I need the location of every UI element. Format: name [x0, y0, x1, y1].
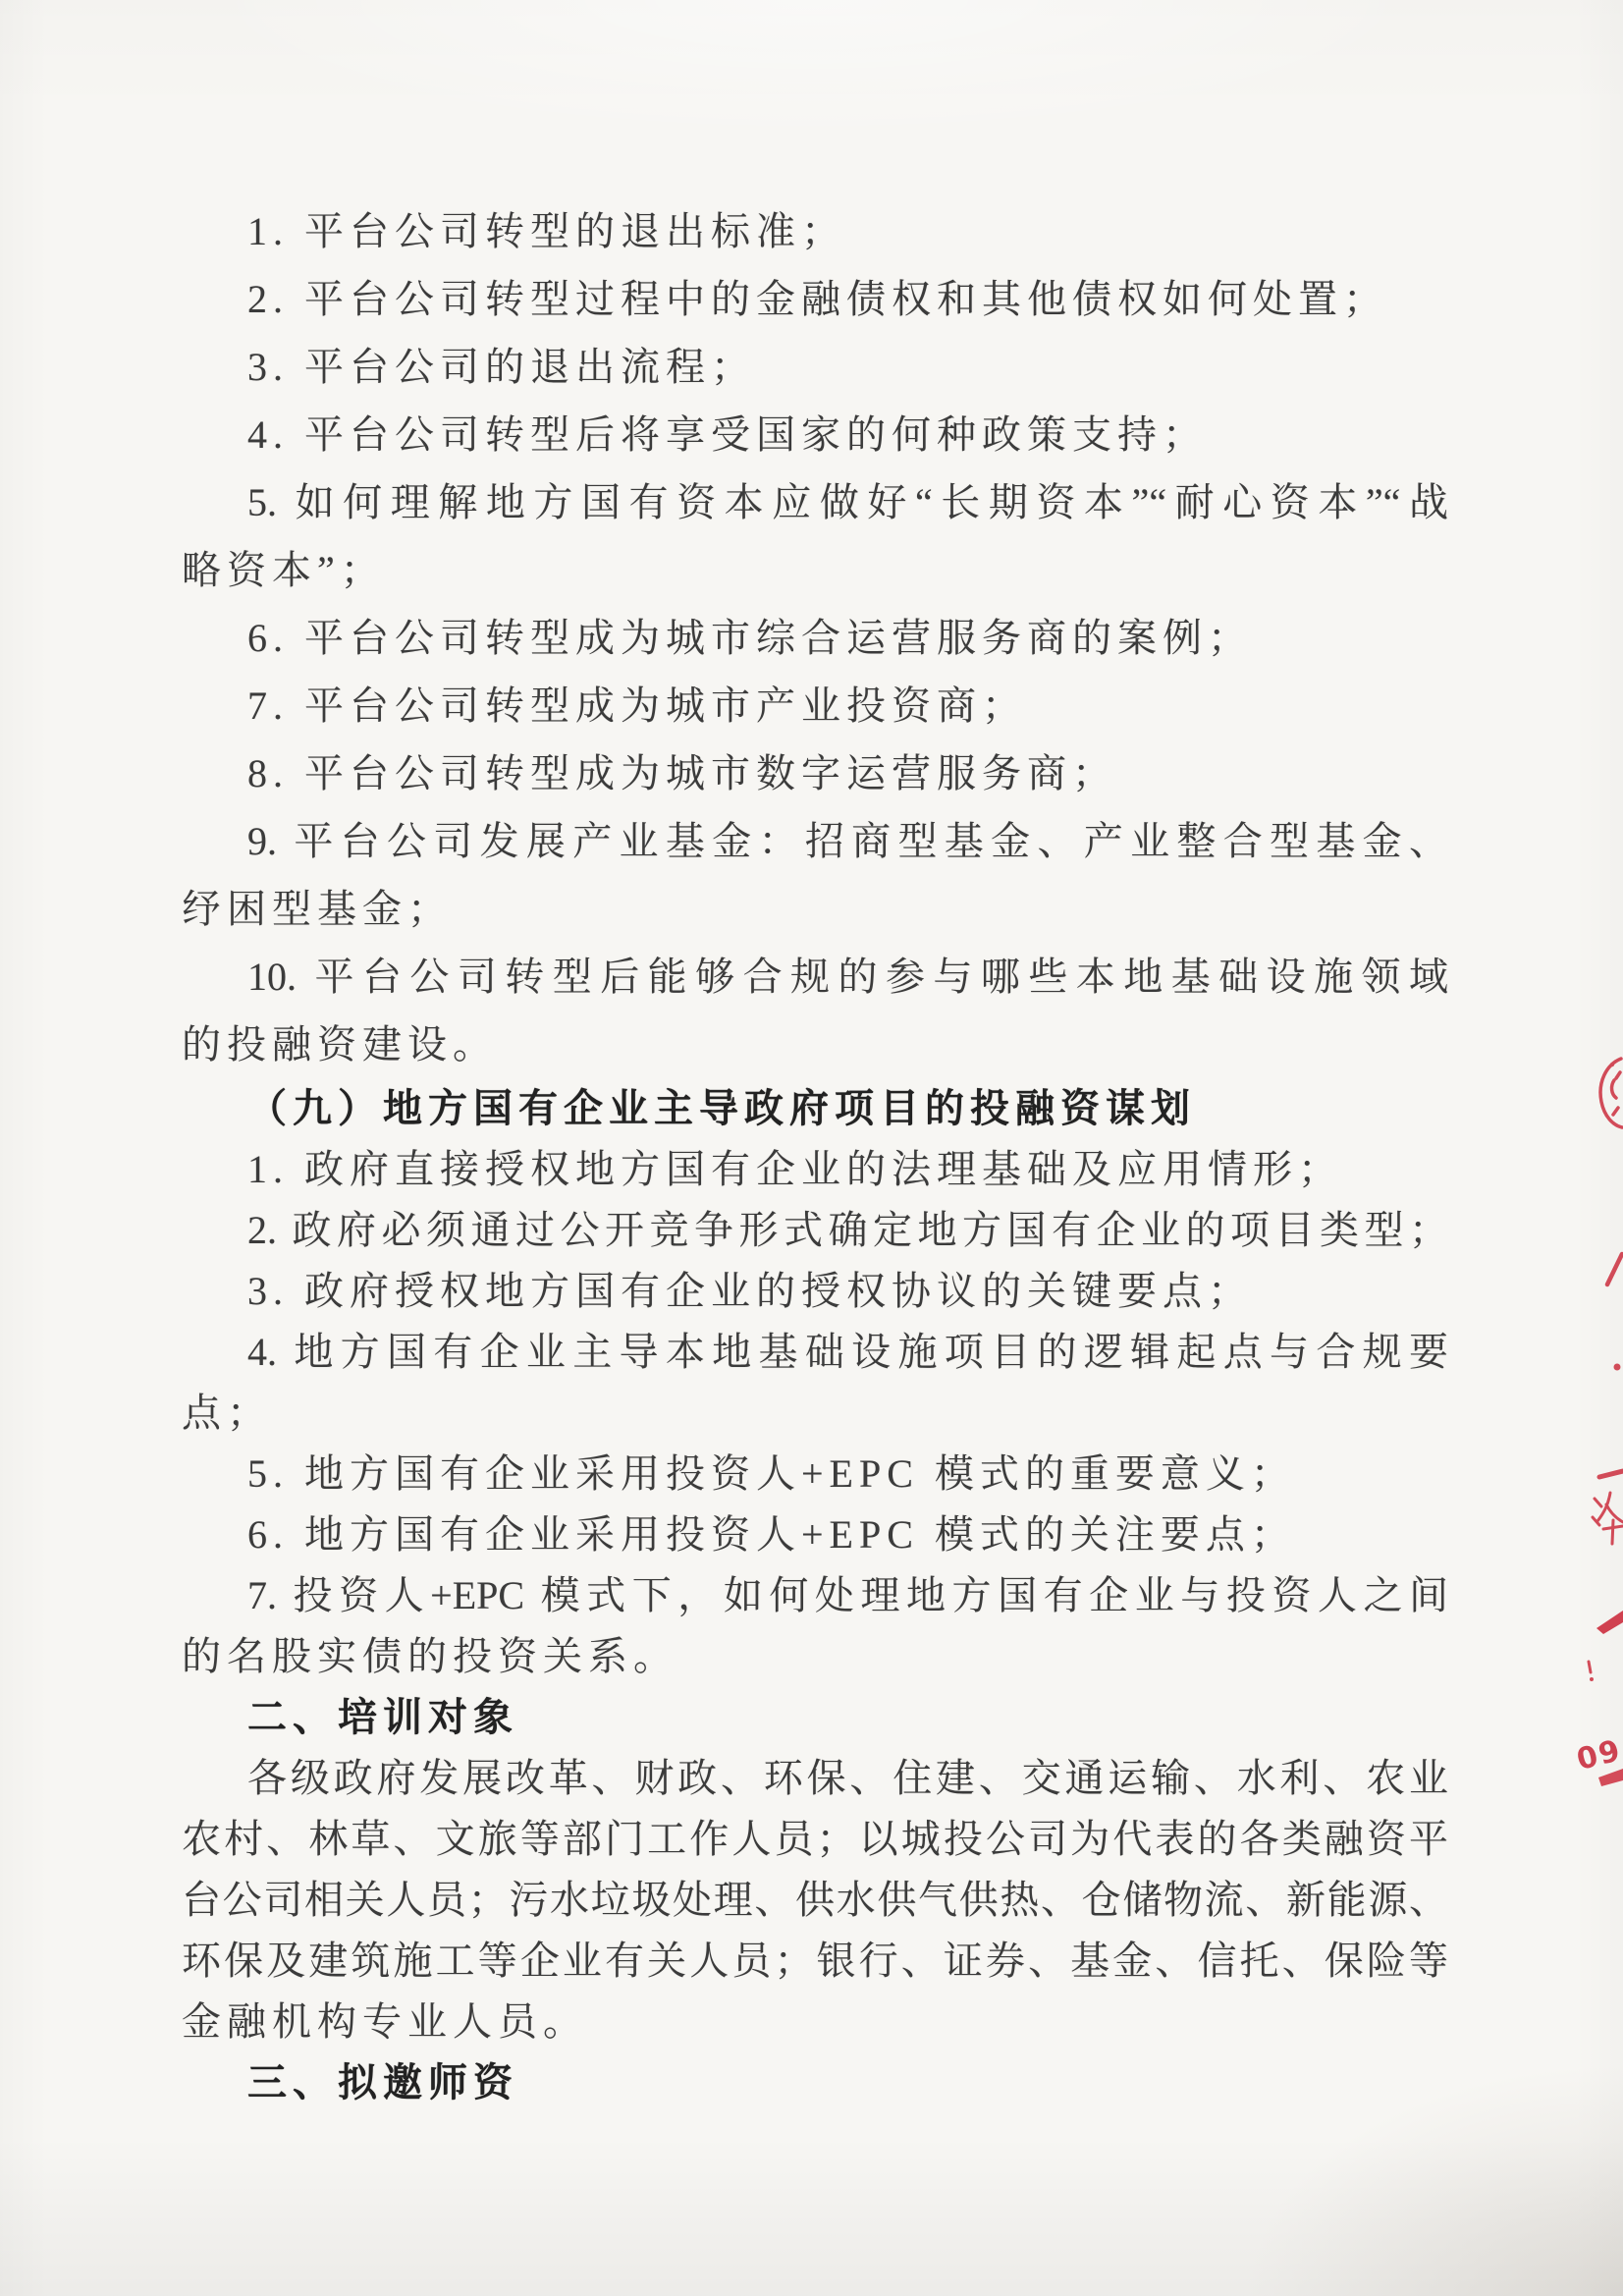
text-line: 7. 平台公司转型成为城市产业投资商；	[182, 672, 1448, 739]
text-line: 6. 地方国有企业采用投资人+EPC 模式的关注要点；	[182, 1504, 1448, 1565]
text-line: 台公司相关人员；污水垃圾处理、供水供气供热、仓储物流、新能源、	[182, 1870, 1448, 1931]
red-seal-fragments-icon	[1571, 1021, 1623, 1797]
document-section-top: 1. 平台公司转型的退出标准；2. 平台公司转型过程中的金融债权和其他债权如何处…	[182, 197, 1448, 1078]
document-section-bottom: （九）地方国有企业主导政府项目的投融资谋划1. 政府直接授权地方国有企业的法理基…	[182, 1078, 1448, 2113]
text-line: 环保及建筑施工等企业有关人员；银行、证券、基金、信托、保险等	[182, 1931, 1448, 1992]
text-line: 5. 地方国有企业采用投资人+EPC 模式的重要意义；	[182, 1444, 1448, 1504]
text-line: 1. 政府直接授权地方国有企业的法理基础及应用情形；	[182, 1139, 1448, 1200]
text-line: 4. 平台公司转型后将享受国家的何种政策支持；	[182, 401, 1448, 468]
text-line: 2. 平台公司转型过程中的金融债权和其他债权如何处置；	[182, 265, 1448, 333]
text-line: 农村、林草、文旅等部门工作人员；以城投公司为代表的各类融资平	[182, 1809, 1448, 1870]
text-line: 7. 投资人+EPC 模式下，如何处理地方国有企业与投资人之间	[182, 1565, 1448, 1626]
text-line: 的名股实债的投资关系。	[182, 1626, 1448, 1687]
text-line: 2. 政府必须通过公开竞争形式确定地方国有企业的项目类型；	[182, 1200, 1448, 1261]
text-line: 10. 平台公司转型后能够合规的参与哪些本地基础设施领域	[182, 943, 1448, 1011]
section-heading: 三、拟邀师资	[182, 2052, 1448, 2113]
text-line: 1. 平台公司转型的退出标准；	[182, 197, 1448, 265]
text-line: 3. 平台公司的退出流程；	[182, 333, 1448, 401]
text-line: 6. 平台公司转型成为城市综合运营服务商的案例；	[182, 604, 1448, 672]
text-line: 9. 平台公司发展产业基金：招商型基金、产业整合型基金、	[182, 807, 1448, 875]
text-line: 纾困型基金；	[182, 875, 1448, 943]
text-line: 8. 平台公司转型成为城市数字运营服务商；	[182, 739, 1448, 807]
text-line: 各级政府发展改革、财政、环保、住建、交通运输、水利、农业	[182, 1748, 1448, 1809]
text-line: 略资本”；	[182, 536, 1448, 604]
section-heading: 二、培训对象	[182, 1687, 1448, 1748]
text-line: 金融机构专业人员。	[182, 1992, 1448, 2052]
text-line: 点；	[182, 1383, 1448, 1444]
text-line: 3. 政府授权地方国有企业的授权协议的关键要点；	[182, 1261, 1448, 1322]
text-line: 4. 地方国有企业主导本地基础设施项目的逻辑起点与合规要	[182, 1322, 1448, 1383]
text-line: 的投融资建设。	[182, 1011, 1448, 1078]
section-heading: （九）地方国有企业主导政府项目的投融资谋划	[182, 1078, 1448, 1139]
text-line: 5. 如何理解地方国有资本应做好“长期资本”“耐心资本”“战	[182, 468, 1448, 536]
document-body: 1. 平台公司转型的退出标准；2. 平台公司转型过程中的金融债权和其他债权如何处…	[182, 197, 1448, 2113]
scanned-document-page: 1. 平台公司转型的退出标准；2. 平台公司转型过程中的金融债权和其他债权如何处…	[0, 0, 1623, 2296]
